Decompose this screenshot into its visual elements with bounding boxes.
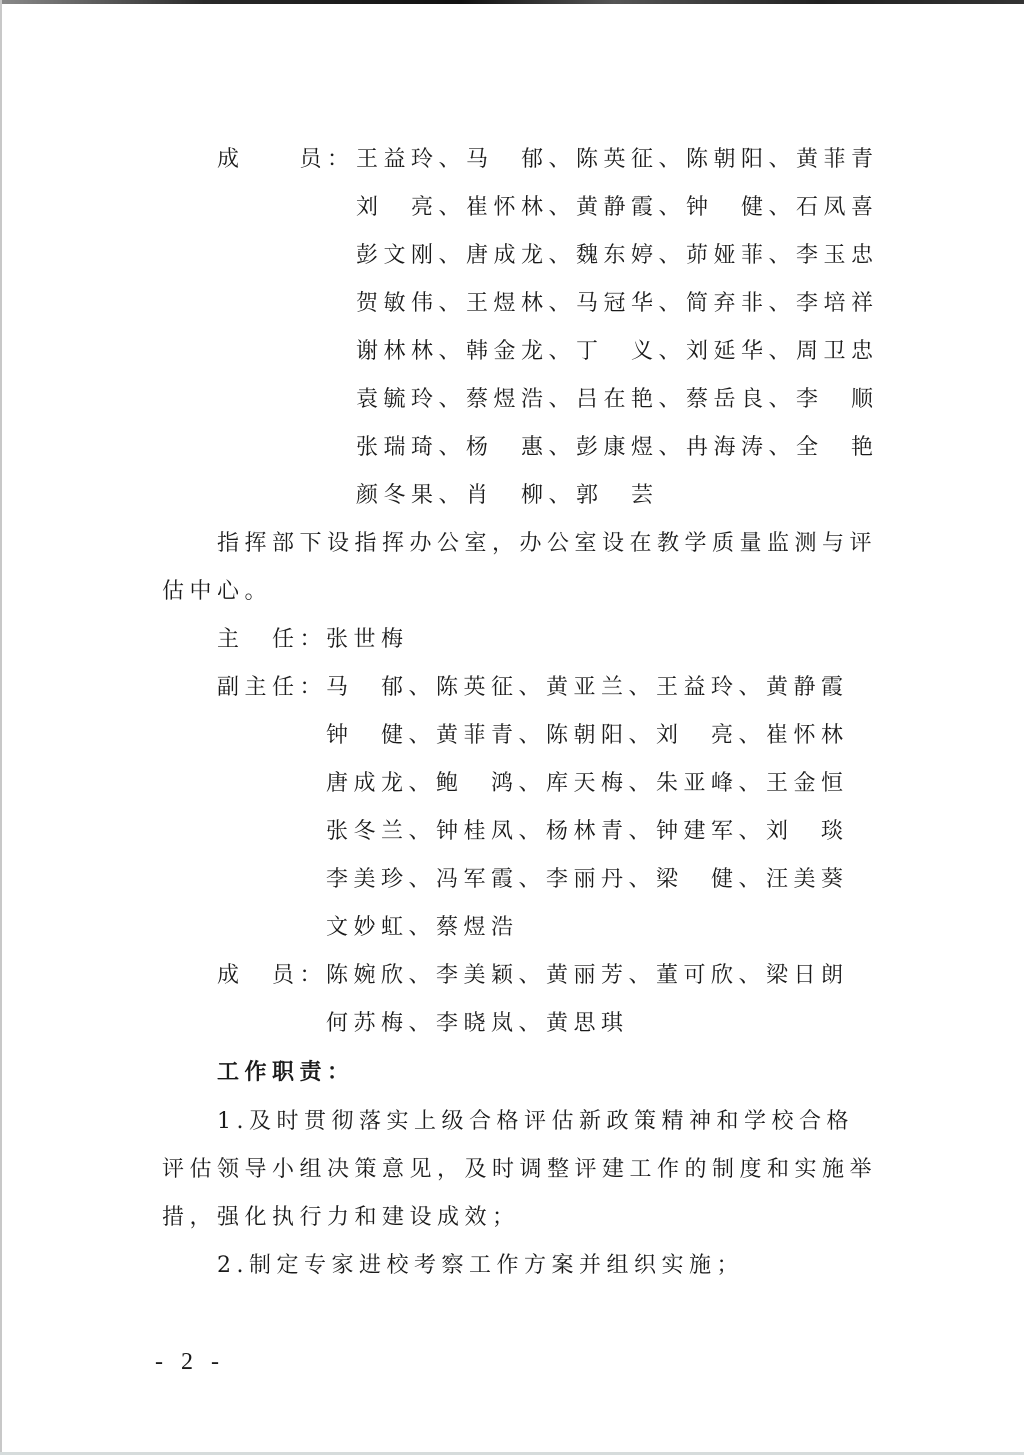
- duties-heading: 工作职责：: [217, 1049, 355, 1097]
- office-deputy-directors-line: 钟 健、黄菲青、陈朝阳、刘 亮、崔怀林: [326, 712, 849, 760]
- page-number: - 2 -: [155, 1338, 225, 1386]
- office-director-label: 主 任：: [217, 616, 327, 664]
- scan-edge-left: [0, 0, 2, 1455]
- office-director-name: 张世梅: [326, 616, 409, 664]
- duty-item-1-line: 措，强化执行力和建设成效；: [162, 1194, 520, 1242]
- command-members-line: 谢林林、韩金龙、丁 义、刘延华、周卫忠: [356, 328, 879, 376]
- office-members-line: 何苏梅、李晓岚、黄思琪: [326, 1000, 629, 1048]
- command-members-line: 彭文刚、唐成龙、魏东婷、茆娅菲、李玉忠: [356, 232, 879, 280]
- command-members-label: 成 员：: [217, 136, 355, 184]
- office-deputy-directors-label: 副主任：: [217, 664, 327, 712]
- office-deputy-directors-line: 李美珍、冯军霞、李丽丹、梁 健、汪美葵: [326, 856, 849, 904]
- office-members-line: 陈婉欣、李美颖、黄丽芳、董可欣、梁日朗: [326, 952, 849, 1000]
- office-deputy-directors-line: 张冬兰、钟桂凤、杨林青、钟建军、刘 琰: [326, 808, 849, 856]
- command-members-line: 刘 亮、崔怀林、黄静霞、钟 健、石凤喜: [356, 184, 879, 232]
- office-deputy-directors-line: 文妙虹、蔡煜浩: [326, 904, 519, 952]
- command-members-line: 王益玲、马 郁、陈英征、陈朝阳、黄菲青: [356, 136, 879, 184]
- duty-item-2-line: 2.制定专家进校考察工作方案并组织实施；: [217, 1242, 744, 1290]
- scan-edge-top: [0, 0, 1024, 4]
- office-deputy-directors-line: 马 郁、陈英征、黄亚兰、王益玲、黄静霞: [326, 664, 849, 712]
- duty-item-1-line: 1.及时贯彻落实上级合格评估新政策精神和学校合格: [217, 1098, 854, 1146]
- command-members-line: 袁毓玲、蔡煜浩、吕在艳、蔡岳良、李 顺: [356, 376, 879, 424]
- command-members-line: 贺敏伟、王煜林、马冠华、简弃非、李培祥: [356, 280, 879, 328]
- office-intro-line-2: 估中心。: [162, 568, 272, 616]
- office-intro-line-1: 指挥部下设指挥办公室，办公室设在教学质量监测与评: [217, 520, 877, 568]
- duty-item-1-line: 评估领导小组决策意见，及时调整评建工作的制度和实施举: [162, 1146, 877, 1194]
- command-members-line: 颜冬果、肖 柳、郭 芸: [356, 472, 659, 520]
- command-members-line: 张瑞琦、杨 惠、彭康煜、冉海涛、全 艳: [356, 424, 879, 472]
- office-deputy-directors-line: 唐成龙、鲍 鸿、库天梅、朱亚峰、王金恒: [326, 760, 849, 808]
- office-members-label: 成 员：: [217, 952, 327, 1000]
